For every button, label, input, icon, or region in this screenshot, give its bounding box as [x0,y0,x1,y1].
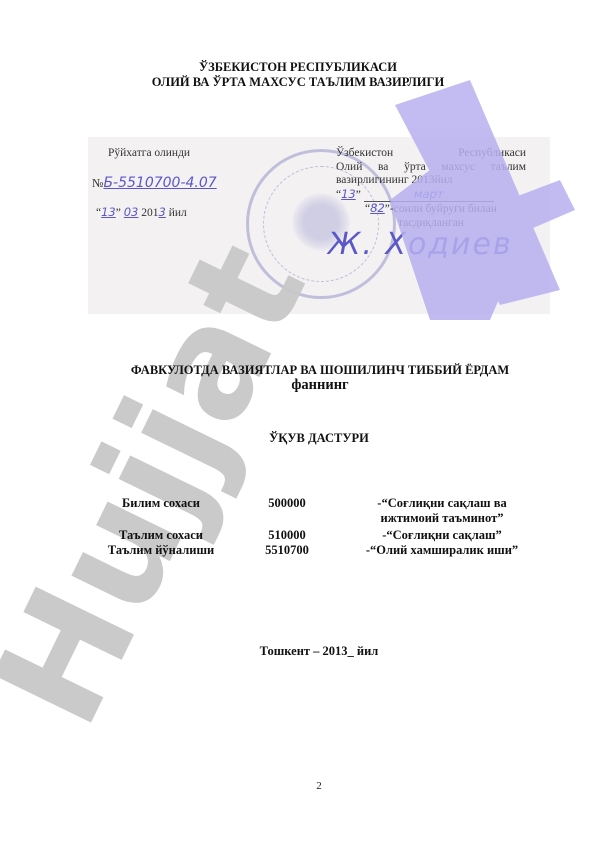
approve-country: Ўзбекистон [336,147,393,161]
date-month: 03 [124,205,139,219]
course-title-main: ФАВКУЛОТДА ВАЗИЯТЛАР ВА ШОШИЛИНЧ ТИББИЙ … [0,363,596,378]
approve-line-4: “13” март [336,188,526,203]
approve-day: 13 [341,187,356,201]
code-label-direction: Таълим йўналиши [86,543,236,558]
code-name-knowledge: -“Соғлиқни сақлаш ва ижтимоий таъминот” [342,496,542,526]
code-label-knowledge: Билим сохаси [86,496,236,511]
header-line-2: ОЛИЙ ВА ЎРТА МАХСУС ТАЪЛИМ ВАЗИРЛИГИ [0,75,596,90]
date-year-prefix: 201 [141,207,158,219]
code-value-education: 510000 [252,528,322,543]
code-value-direction: 5510700 [252,543,322,558]
number-prefix: № [92,176,103,190]
watermark-icon: Hujjat [0,0,596,842]
approve-line-3: вазирлигининг 2013йил [336,174,526,188]
approve-order-text: -сонли буйруғи билан [390,203,497,215]
date-year-hand: 3 [159,205,166,219]
approval-scan: Рўйхатга олинди №Б-5510700-4.07 “13” 03 … [88,137,550,314]
code-name-education: -“Соғлиқни сақлаш” [342,528,542,543]
approve-line-1: Ўзбекистон Республикаси [336,147,526,161]
approve-order-number: 82 [370,201,385,215]
course-title: ФАВКУЛОТДА ВАЗИЯТЛАР ВА ШОШИЛИНЧ ТИББИЙ … [0,363,596,393]
header-line-1: ЎЗБЕКИСТОН РЕСПУБЛИКАСИ [0,60,596,75]
course-title-sub: фаннинг [0,378,596,393]
code-label-education: Таълим сохаси [86,528,236,543]
number-handwritten: Б-5510700-4.07 [103,175,216,191]
approve-republic: Республикаси [458,147,526,161]
signature: Ж. Ходиев [328,227,513,262]
registration-number: №Б-5510700-4.07 [92,175,217,191]
approve-line-2: Олий ва ўрта махсус таълим [336,161,526,175]
date-suffix: йил [169,207,187,219]
date-day: 13 [101,205,116,219]
code-value-knowledge: 500000 [252,496,322,511]
ministry-header: ЎЗБЕКИСТОН РЕСПУБЛИКАСИ ОЛИЙ ВА ЎРТА МАХ… [0,60,596,90]
code-name-direction: -“Олий хамширалик иши” [342,543,542,558]
program-title: ЎҚУВ ДАСТУРИ [0,431,596,446]
approve-line-5: “82”-сонли буйруғи билан [336,202,526,217]
registration-date: “13” 03 2013 йил [96,205,187,219]
approval-text: Ўзбекистон Республикаси Олий ва ўрта мах… [336,147,526,230]
city-year: Тошкент – 2013_ йил [0,644,596,659]
page-number: 2 [0,780,596,792]
code-name-knowledge-line-2: ижтимоий таъминот” [342,511,542,526]
registered-label: Рўйхатга олинди [108,147,190,159]
approve-month: март [364,188,494,203]
code-name-knowledge-line-1: -“Соғлиқни сақлаш ва [342,496,542,511]
